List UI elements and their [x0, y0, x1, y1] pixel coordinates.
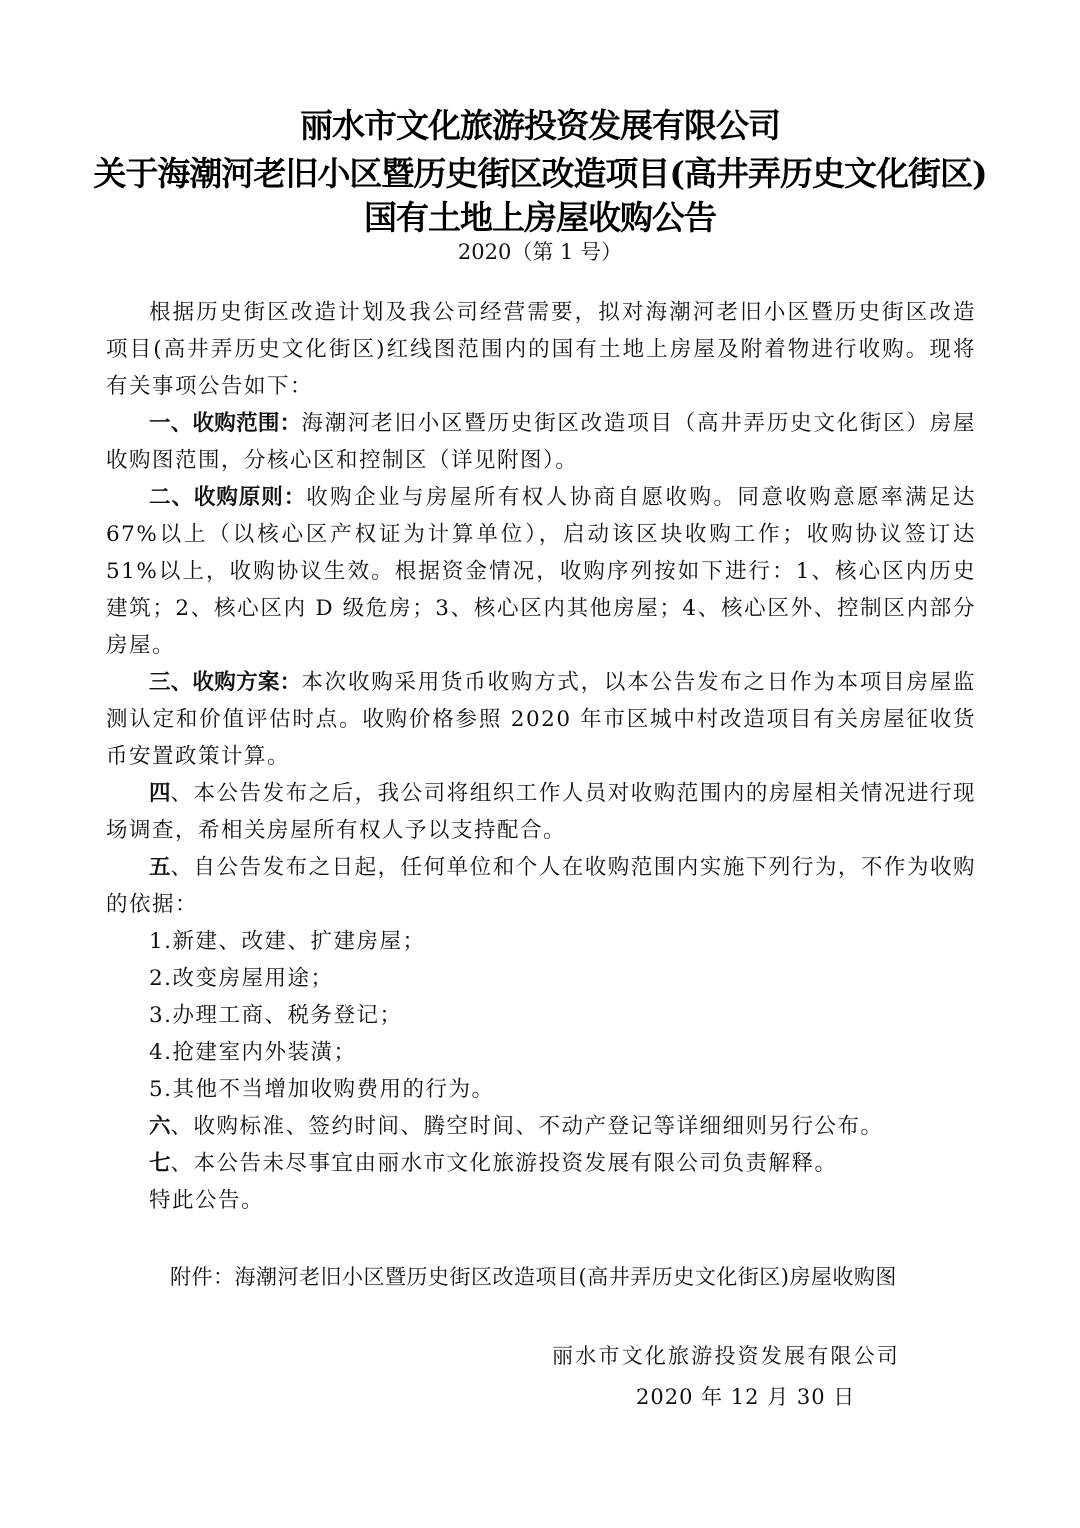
document-body: 根据历史街区改造计划及我公司经营需要，拟对海潮河老旧小区暨历史街区改造项目(高井…: [106, 294, 976, 1219]
issue-date: 2020 年 12 月 30 日: [636, 1381, 855, 1411]
list-item: 4.抢建室内外装潢；: [106, 1034, 976, 1071]
issuer-signature: 丽水市文化旅游投资发展有限公司: [552, 1340, 900, 1370]
document-number: 2020（第 1 号）: [0, 236, 1080, 266]
section-heading: 一、收购范围：: [149, 411, 301, 436]
intro-paragraph: 根据历史街区改造计划及我公司经营需要，拟对海潮河老旧小区暨历史街区改造项目(高井…: [106, 294, 976, 405]
list-item: 2.改变房屋用途；: [106, 960, 976, 997]
section-heading: 三、收购方案：: [149, 670, 301, 695]
section-text: 、收购标准、签约时间、腾空时间、不动产登记等详细细则另行公布。: [171, 1114, 884, 1139]
title-notice: 国有土地上房屋收购公告: [0, 192, 1080, 239]
section-plan: 三、收购方案：本次收购采用货币收购方式，以本公告发布之日作为本项目房屋监测认定和…: [106, 664, 976, 775]
section-scope: 一、收购范围：海潮河老旧小区暨历史街区改造项目（高井弄历史文化街区）房屋收购图范…: [106, 405, 976, 479]
document-page: 丽水市文化旅游投资发展有限公司 关于海潮河老旧小区暨历史街区改造项目(高井弄历史…: [0, 0, 1080, 1528]
section-interpretation: 七、本公告未尽事宜由丽水市文化旅游投资发展有限公司负责解释。: [106, 1145, 976, 1182]
section-heading: 二、收购原则：: [149, 485, 306, 510]
section-text: 收购企业与房屋所有权人协商自愿收购。同意收购意愿率满足达 67%以上（以核心区产…: [106, 485, 976, 658]
list-item: 1.新建、改建、扩建房屋；: [106, 923, 976, 960]
section-standards: 六、收购标准、签约时间、腾空时间、不动产登记等详细细则另行公布。: [106, 1108, 976, 1145]
section-principle: 二、收购原则：收购企业与房屋所有权人协商自愿收购。同意收购意愿率满足达 67%以…: [106, 479, 976, 664]
closing-statement: 特此公告。: [106, 1182, 976, 1219]
section-text: 、自公告发布之日起，任何单位和个人在收购范围内实施下列行为，不作为收购的依据：: [106, 855, 976, 917]
section-heading: 六: [149, 1114, 171, 1139]
section-heading: 五: [149, 855, 171, 880]
title-company: 丽水市文化旅游投资发展有限公司: [0, 100, 1080, 147]
attachment-note: 附件：海潮河老旧小区暨历史街区改造项目(高井弄历史文化街区)房屋收购图: [170, 1261, 897, 1291]
section-text: 、本公告发布之后，我公司将组织工作人员对收购范围内的房屋相关情况进行现场调查，希…: [106, 781, 976, 843]
list-item: 3.办理工商、税务登记；: [106, 997, 976, 1034]
section-heading: 四: [149, 781, 171, 806]
section-restrictions: 五、自公告发布之日起，任何单位和个人在收购范围内实施下列行为，不作为收购的依据：: [106, 849, 976, 923]
section-investigation: 四、本公告发布之后，我公司将组织工作人员对收购范围内的房屋相关情况进行现场调查，…: [106, 775, 976, 849]
section-text: 、本公告未尽事宜由丽水市文化旅游投资发展有限公司负责解释。: [171, 1151, 838, 1176]
list-item: 5.其他不当增加收购费用的行为。: [106, 1071, 976, 1108]
section-heading: 七: [149, 1151, 171, 1176]
title-project: 关于海潮河老旧小区暨历史街区改造项目(高井弄历史文化街区): [0, 148, 1080, 195]
